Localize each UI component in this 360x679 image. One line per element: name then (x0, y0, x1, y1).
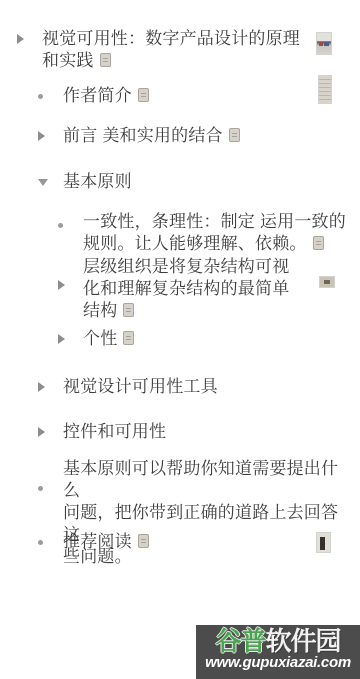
watermark-brand-white: 软件园 (266, 626, 341, 656)
toc-item-text: 视觉可用性：数字产品设计的原理 和实践 (42, 28, 300, 72)
toc-item-text: 一致性，条理性：制定 运用一致的 规则。让人能够理解、依赖。 (83, 211, 346, 255)
toc-item[interactable]: 视觉设计可用性工具 (0, 376, 360, 398)
watermark-logo: 谷普软件园 (196, 626, 360, 656)
toc-item[interactable]: 层级组织是将复杂结构可视 化和理解复杂结构的最简单 结构 (0, 256, 360, 322)
document-icon (138, 534, 149, 548)
toc-item-text: 前言 美和实用的结合 (63, 125, 240, 147)
toc-item-label: 前言 美和实用的结合 (63, 126, 223, 145)
bullet-icon (38, 486, 43, 491)
toc-item[interactable]: 个性 (0, 328, 360, 350)
toc-panel: 视觉可用性：数字产品设计的原理 和实践 作者简介 前言 美和实用的结合 基本原则… (0, 0, 360, 679)
toc-item[interactable]: 推荐阅读 (0, 531, 360, 553)
toc-item-text: 控件和可用性 (63, 421, 166, 443)
watermark-url: www.gupuxiazai.com (196, 654, 360, 671)
bullet-icon (38, 94, 43, 99)
collapse-arrow-icon[interactable] (58, 334, 65, 344)
page-thumbnail[interactable] (320, 277, 334, 287)
page-thumbnail[interactable] (319, 76, 331, 103)
toc-item[interactable]: 作者简介 (0, 85, 360, 107)
toc-item-text: 基本原则 (63, 171, 132, 193)
collapse-arrow-icon[interactable] (38, 382, 45, 392)
collapse-arrow-icon[interactable] (38, 427, 45, 437)
document-icon (138, 88, 149, 102)
toc-item-label: 视觉可用性：数字产品设计的原理 和实践 (42, 29, 300, 70)
document-icon (229, 128, 240, 142)
toc-item-label: 基本原则 (63, 172, 132, 191)
document-icon (123, 303, 134, 317)
page-thumbnail[interactable] (317, 533, 330, 552)
toc-item-text: 层级组织是将复杂结构可视 化和理解复杂结构的最简单 结构 (83, 256, 289, 322)
toc-item-text: 视觉设计可用性工具 (63, 376, 218, 398)
watermark: 谷普软件园 www.gupuxiazai.com (196, 625, 360, 679)
toc-item-text: 推荐阅读 (63, 531, 149, 553)
toc-item[interactable]: 一致性，条理性：制定 运用一致的 规则。让人能够理解、依赖。 (0, 211, 360, 255)
page-thumbnail[interactable] (317, 33, 331, 54)
toc-item[interactable]: 视觉可用性：数字产品设计的原理 和实践 (0, 28, 360, 72)
watermark-brand-green: 谷普 (215, 626, 265, 656)
document-icon (123, 331, 134, 345)
toc-item-text: 个性 (83, 328, 134, 350)
expand-arrow-icon[interactable] (38, 179, 48, 186)
document-icon (100, 53, 111, 67)
toc-item-label: 一致性，条理性：制定 运用一致的 规则。让人能够理解、依赖。 (83, 212, 346, 253)
bullet-icon (58, 223, 63, 228)
toc-item-label: 视觉设计可用性工具 (63, 377, 218, 396)
toc-item[interactable]: 前言 美和实用的结合 (0, 125, 360, 147)
collapse-arrow-icon[interactable] (17, 34, 24, 44)
toc-item-label: 推荐阅读 (63, 532, 132, 551)
toc-item-label: 作者简介 (63, 86, 132, 105)
collapse-arrow-icon[interactable] (38, 131, 45, 141)
collapse-arrow-icon[interactable] (58, 280, 65, 290)
document-icon (313, 236, 324, 250)
toc-item-label: 层级组织是将复杂结构可视 化和理解复杂结构的最简单 结构 (83, 257, 289, 320)
toc-item-label: 个性 (83, 329, 117, 348)
toc-item-text: 作者简介 (63, 85, 149, 107)
toc-item[interactable]: 基本原则 (0, 171, 360, 193)
toc-item-label: 控件和可用性 (63, 422, 166, 441)
toc-item[interactable]: 基本原则可以帮助你知道需要提出什么 问题，把你带到正确的道路上去回答这 些问题。 (0, 458, 360, 524)
toc-item[interactable]: 控件和可用性 (0, 421, 360, 443)
bullet-icon (38, 540, 43, 545)
